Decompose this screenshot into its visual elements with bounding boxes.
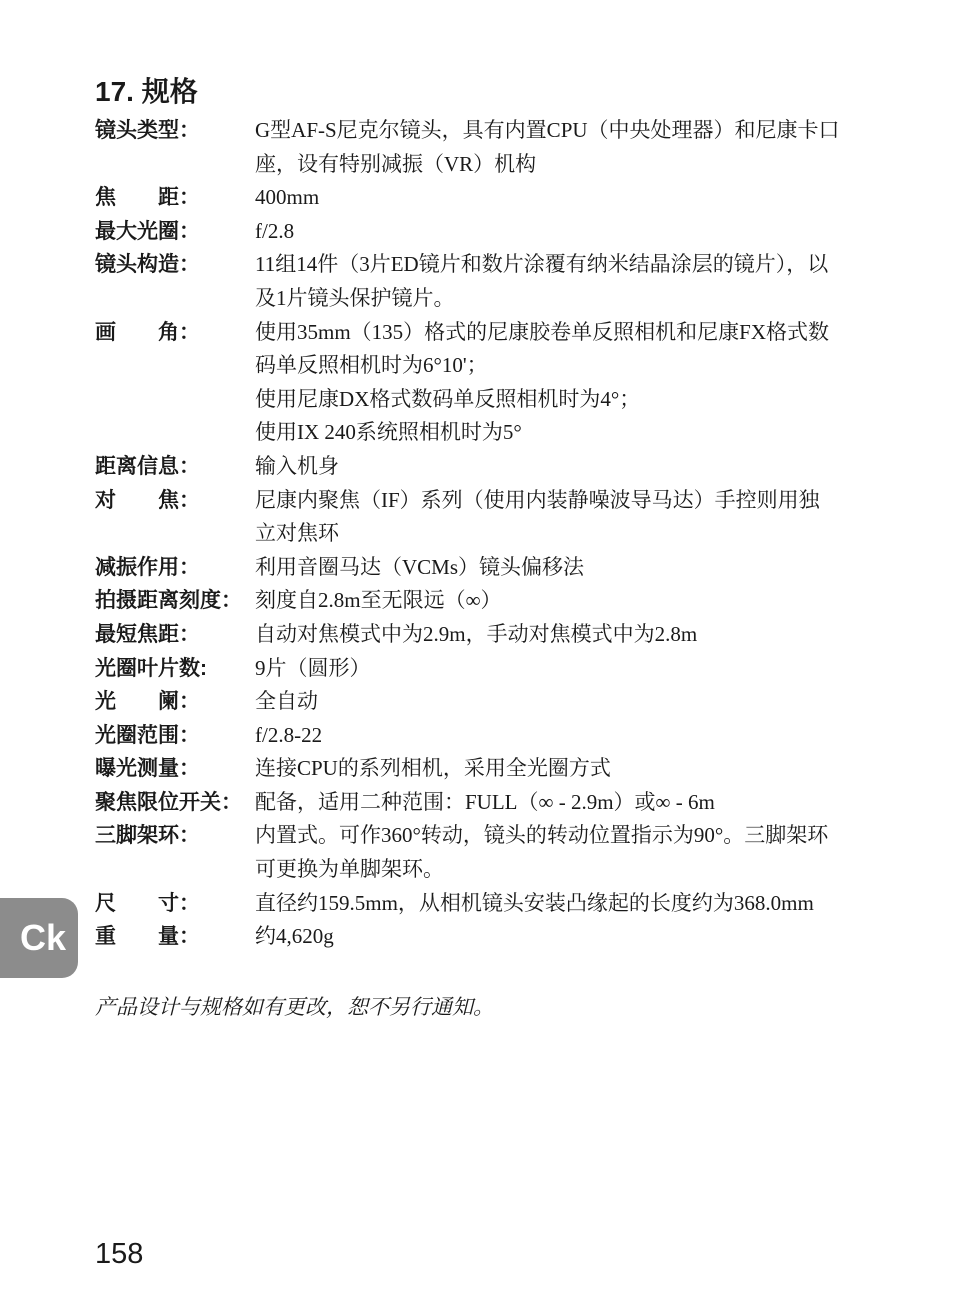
spec-label: 拍摄距离刻度：	[95, 584, 255, 618]
spec-value-line: 刻度自2.8m至无限远（∞）	[255, 584, 905, 618]
spec-row: 最短焦距： 自动对焦模式中为2.9m，手动对焦模式中为2.8m	[95, 618, 905, 652]
spec-label-colon: ：	[179, 220, 200, 243]
spec-row: 尺寸： 直径约159.5mm，从相机镜头安装凸缘起的长度约为368.0mm	[95, 887, 905, 921]
spec-label: 光圈叶片数:	[95, 652, 255, 686]
spec-value-line: f/2.8	[255, 215, 905, 249]
spec-label-colon: ：	[179, 253, 200, 276]
spec-row: 最大光圈： f/2.8	[95, 215, 905, 249]
spec-label: 镜头类型：	[95, 114, 255, 148]
spec-value-line: 直径约159.5mm，从相机镜头安装凸缘起的长度约为368.0mm	[255, 887, 905, 921]
spec-label-text: 对焦	[95, 484, 179, 518]
spec-value-line: 使用尼康DX格式数码单反照相机时为4°；	[255, 383, 905, 417]
spec-label-text: 焦距	[95, 181, 179, 215]
spec-value: 自动对焦模式中为2.9m，手动对焦模式中为2.8m	[255, 618, 905, 652]
spec-value-line: 连接CPU的系列相机，采用全光圈方式	[255, 752, 905, 786]
spec-label: 光圈范围：	[95, 719, 255, 753]
spec-row: 距离信息： 输入机身	[95, 450, 905, 484]
spec-label-text: 最短焦距	[95, 618, 179, 652]
spec-row: 减振作用： 利用音圈马达（VCMs）镜头偏移法	[95, 551, 905, 585]
spec-value-line: f/2.8-22	[255, 719, 905, 753]
spec-row: 曝光测量： 连接CPU的系列相机，采用全光圈方式	[95, 752, 905, 786]
spec-value: 连接CPU的系列相机，采用全光圈方式	[255, 752, 905, 786]
spec-label-text: 镜头类型	[95, 114, 179, 148]
spec-label-colon: ：	[179, 623, 200, 646]
spec-value-line: 使用35mm（135）格式的尼康胶卷单反照相机和尼康FX格式数	[255, 316, 905, 350]
spec-label: 曝光测量：	[95, 752, 255, 786]
spec-label: 距离信息：	[95, 450, 255, 484]
spec-row: 重量： 约4,620g	[95, 920, 905, 954]
spec-label: 画角：	[95, 316, 255, 350]
spec-label: 三脚架环：	[95, 819, 255, 853]
spec-label-text: 三脚架环	[95, 819, 179, 853]
spec-label-colon: ：	[179, 321, 200, 344]
spec-value: 直径约159.5mm，从相机镜头安装凸缘起的长度约为368.0mm	[255, 887, 905, 921]
spec-value-line: G型AF-S尼克尔镜头，具有内置CPU（中央处理器）和尼康卡口	[255, 114, 905, 148]
page-number: 158	[95, 1238, 143, 1271]
spec-label: 最短焦距：	[95, 618, 255, 652]
spec-value-line: 配备，适用二种范围：FULL（∞ - 2.9m）或∞ - 6m	[255, 786, 905, 820]
spec-value-line: 座，设有特别减振（VR）机构	[255, 148, 905, 182]
spec-label: 减振作用：	[95, 551, 255, 585]
spec-value-line: 内置式。可作360°转动，镜头的转动位置指示为90°。三脚架环	[255, 819, 905, 853]
spec-label-colon: ：	[179, 186, 200, 209]
spec-value-line: 约4,620g	[255, 920, 905, 954]
spec-label-text: 光圈叶片数	[95, 652, 200, 686]
spec-value: 配备，适用二种范围：FULL（∞ - 2.9m）或∞ - 6m	[255, 786, 905, 820]
spec-label: 尺寸：	[95, 887, 255, 921]
spec-label-colon: ：	[221, 791, 242, 814]
page-title: 17. 规格	[95, 76, 905, 108]
spec-label: 对焦：	[95, 484, 255, 518]
spec-label-colon: ：	[179, 824, 200, 847]
manual-page: 17. 规格 镜头类型： G型AF-S尼克尔镜头，具有内置CPU（中央处理器）和…	[0, 0, 954, 1311]
spec-label-colon: ：	[179, 489, 200, 512]
spec-label-colon: :	[200, 657, 207, 680]
spec-value: G型AF-S尼克尔镜头，具有内置CPU（中央处理器）和尼康卡口座，设有特别减振（…	[255, 114, 905, 181]
spec-value-line: 全自动	[255, 685, 905, 719]
side-tab-label: Ck	[20, 920, 66, 956]
spec-label-text: 曝光测量	[95, 752, 179, 786]
spec-label-text: 镜头构造	[95, 248, 179, 282]
spec-label-text: 距离信息	[95, 450, 179, 484]
spec-value: 内置式。可作360°转动，镜头的转动位置指示为90°。三脚架环可更换为单脚架环。	[255, 819, 905, 886]
spec-label: 最大光圈：	[95, 215, 255, 249]
spec-value-line: 尼康内聚焦（IF）系列（使用内装静噪波导马达）手控则用独	[255, 484, 905, 518]
spec-label: 重量：	[95, 920, 255, 954]
spec-label-colon: ：	[179, 119, 200, 142]
spec-label-text: 光圈范围	[95, 719, 179, 753]
spec-value: 输入机身	[255, 450, 905, 484]
spec-label-colon: ：	[221, 589, 242, 612]
page-content: 17. 规格 镜头类型： G型AF-S尼克尔镜头，具有内置CPU（中央处理器）和…	[95, 76, 905, 1022]
spec-label-colon: ：	[179, 690, 200, 713]
spec-label-colon: ：	[179, 455, 200, 478]
spec-value-line: 11组14件（3片ED镜片和数片涂覆有纳米结晶涂层的镜片），以	[255, 248, 905, 282]
side-tab: Ck	[0, 898, 78, 978]
spec-row: 画角： 使用35mm（135）格式的尼康胶卷单反照相机和尼康FX格式数码单反照相…	[95, 316, 905, 450]
spec-value-line: 9片（圆形）	[255, 652, 905, 686]
spec-label-colon: ：	[179, 724, 200, 747]
spec-label: 镜头构造：	[95, 248, 255, 282]
spec-row: 拍摄距离刻度： 刻度自2.8m至无限远（∞）	[95, 584, 905, 618]
spec-label-text: 聚焦限位开关	[95, 786, 221, 820]
spec-label-colon: ：	[179, 556, 200, 579]
spec-value: 9片（圆形）	[255, 652, 905, 686]
spec-row: 对焦： 尼康内聚焦（IF）系列（使用内装静噪波导马达）手控则用独立对焦环	[95, 484, 905, 551]
spec-value: 刻度自2.8m至无限远（∞）	[255, 584, 905, 618]
spec-label: 聚焦限位开关：	[95, 786, 255, 820]
spec-row: 光圈叶片数: 9片（圆形）	[95, 652, 905, 686]
spec-value: 约4,620g	[255, 920, 905, 954]
spec-value: f/2.8	[255, 215, 905, 249]
spec-label-text: 光阑	[95, 685, 179, 719]
spec-label-text: 最大光圈	[95, 215, 179, 249]
spec-value: 使用35mm（135）格式的尼康胶卷单反照相机和尼康FX格式数码单反照相机时为6…	[255, 316, 905, 450]
spec-value-line: 自动对焦模式中为2.9m，手动对焦模式中为2.8m	[255, 618, 905, 652]
spec-row: 三脚架环： 内置式。可作360°转动，镜头的转动位置指示为90°。三脚架环可更换…	[95, 819, 905, 886]
spec-value: 全自动	[255, 685, 905, 719]
spec-value-line: 使用IX 240系统照相机时为5°	[255, 416, 905, 450]
spec-label: 光阑：	[95, 685, 255, 719]
spec-value-line: 利用音圈马达（VCMs）镜头偏移法	[255, 551, 905, 585]
spec-value-line: 立对焦环	[255, 517, 905, 551]
spec-label-text: 减振作用	[95, 551, 179, 585]
spec-label-colon: ：	[179, 757, 200, 780]
spec-value-line: 及1片镜头保护镜片。	[255, 282, 905, 316]
spec-label-text: 尺寸	[95, 887, 179, 921]
spec-value: 尼康内聚焦（IF）系列（使用内装静噪波导马达）手控则用独立对焦环	[255, 484, 905, 551]
spec-label-text: 画角	[95, 316, 179, 350]
spec-label: 焦距：	[95, 181, 255, 215]
spec-row: 光圈范围： f/2.8-22	[95, 719, 905, 753]
spec-row: 光阑： 全自动	[95, 685, 905, 719]
spec-value-line: 400mm	[255, 181, 905, 215]
spec-value: 利用音圈马达（VCMs）镜头偏移法	[255, 551, 905, 585]
spec-value: 400mm	[255, 181, 905, 215]
spec-value-line: 可更换为单脚架环。	[255, 853, 905, 887]
spec-label-text: 重量	[95, 920, 179, 954]
spec-value: f/2.8-22	[255, 719, 905, 753]
spec-row: 聚焦限位开关： 配备，适用二种范围：FULL（∞ - 2.9m）或∞ - 6m	[95, 786, 905, 820]
spec-label-text: 拍摄距离刻度	[95, 584, 221, 618]
spec-value: 11组14件（3片ED镜片和数片涂覆有纳米结晶涂层的镜片），以及1片镜头保护镜片…	[255, 248, 905, 315]
spec-value-line: 输入机身	[255, 450, 905, 484]
spec-row: 镜头类型： G型AF-S尼克尔镜头，具有内置CPU（中央处理器）和尼康卡口座，设…	[95, 114, 905, 181]
spec-value-line: 码单反照相机时为6°10'；	[255, 349, 905, 383]
spec-label-colon: ：	[179, 925, 200, 948]
spec-list: 镜头类型： G型AF-S尼克尔镜头，具有内置CPU（中央处理器）和尼康卡口座，设…	[95, 114, 905, 954]
spec-row: 镜头构造： 11组14件（3片ED镜片和数片涂覆有纳米结晶涂层的镜片），以及1片…	[95, 248, 905, 315]
footer-note: 产品设计与规格如有更改，恕不另行通知。	[95, 992, 905, 1022]
spec-row: 焦距： 400mm	[95, 181, 905, 215]
spec-label-colon: ：	[179, 892, 200, 915]
